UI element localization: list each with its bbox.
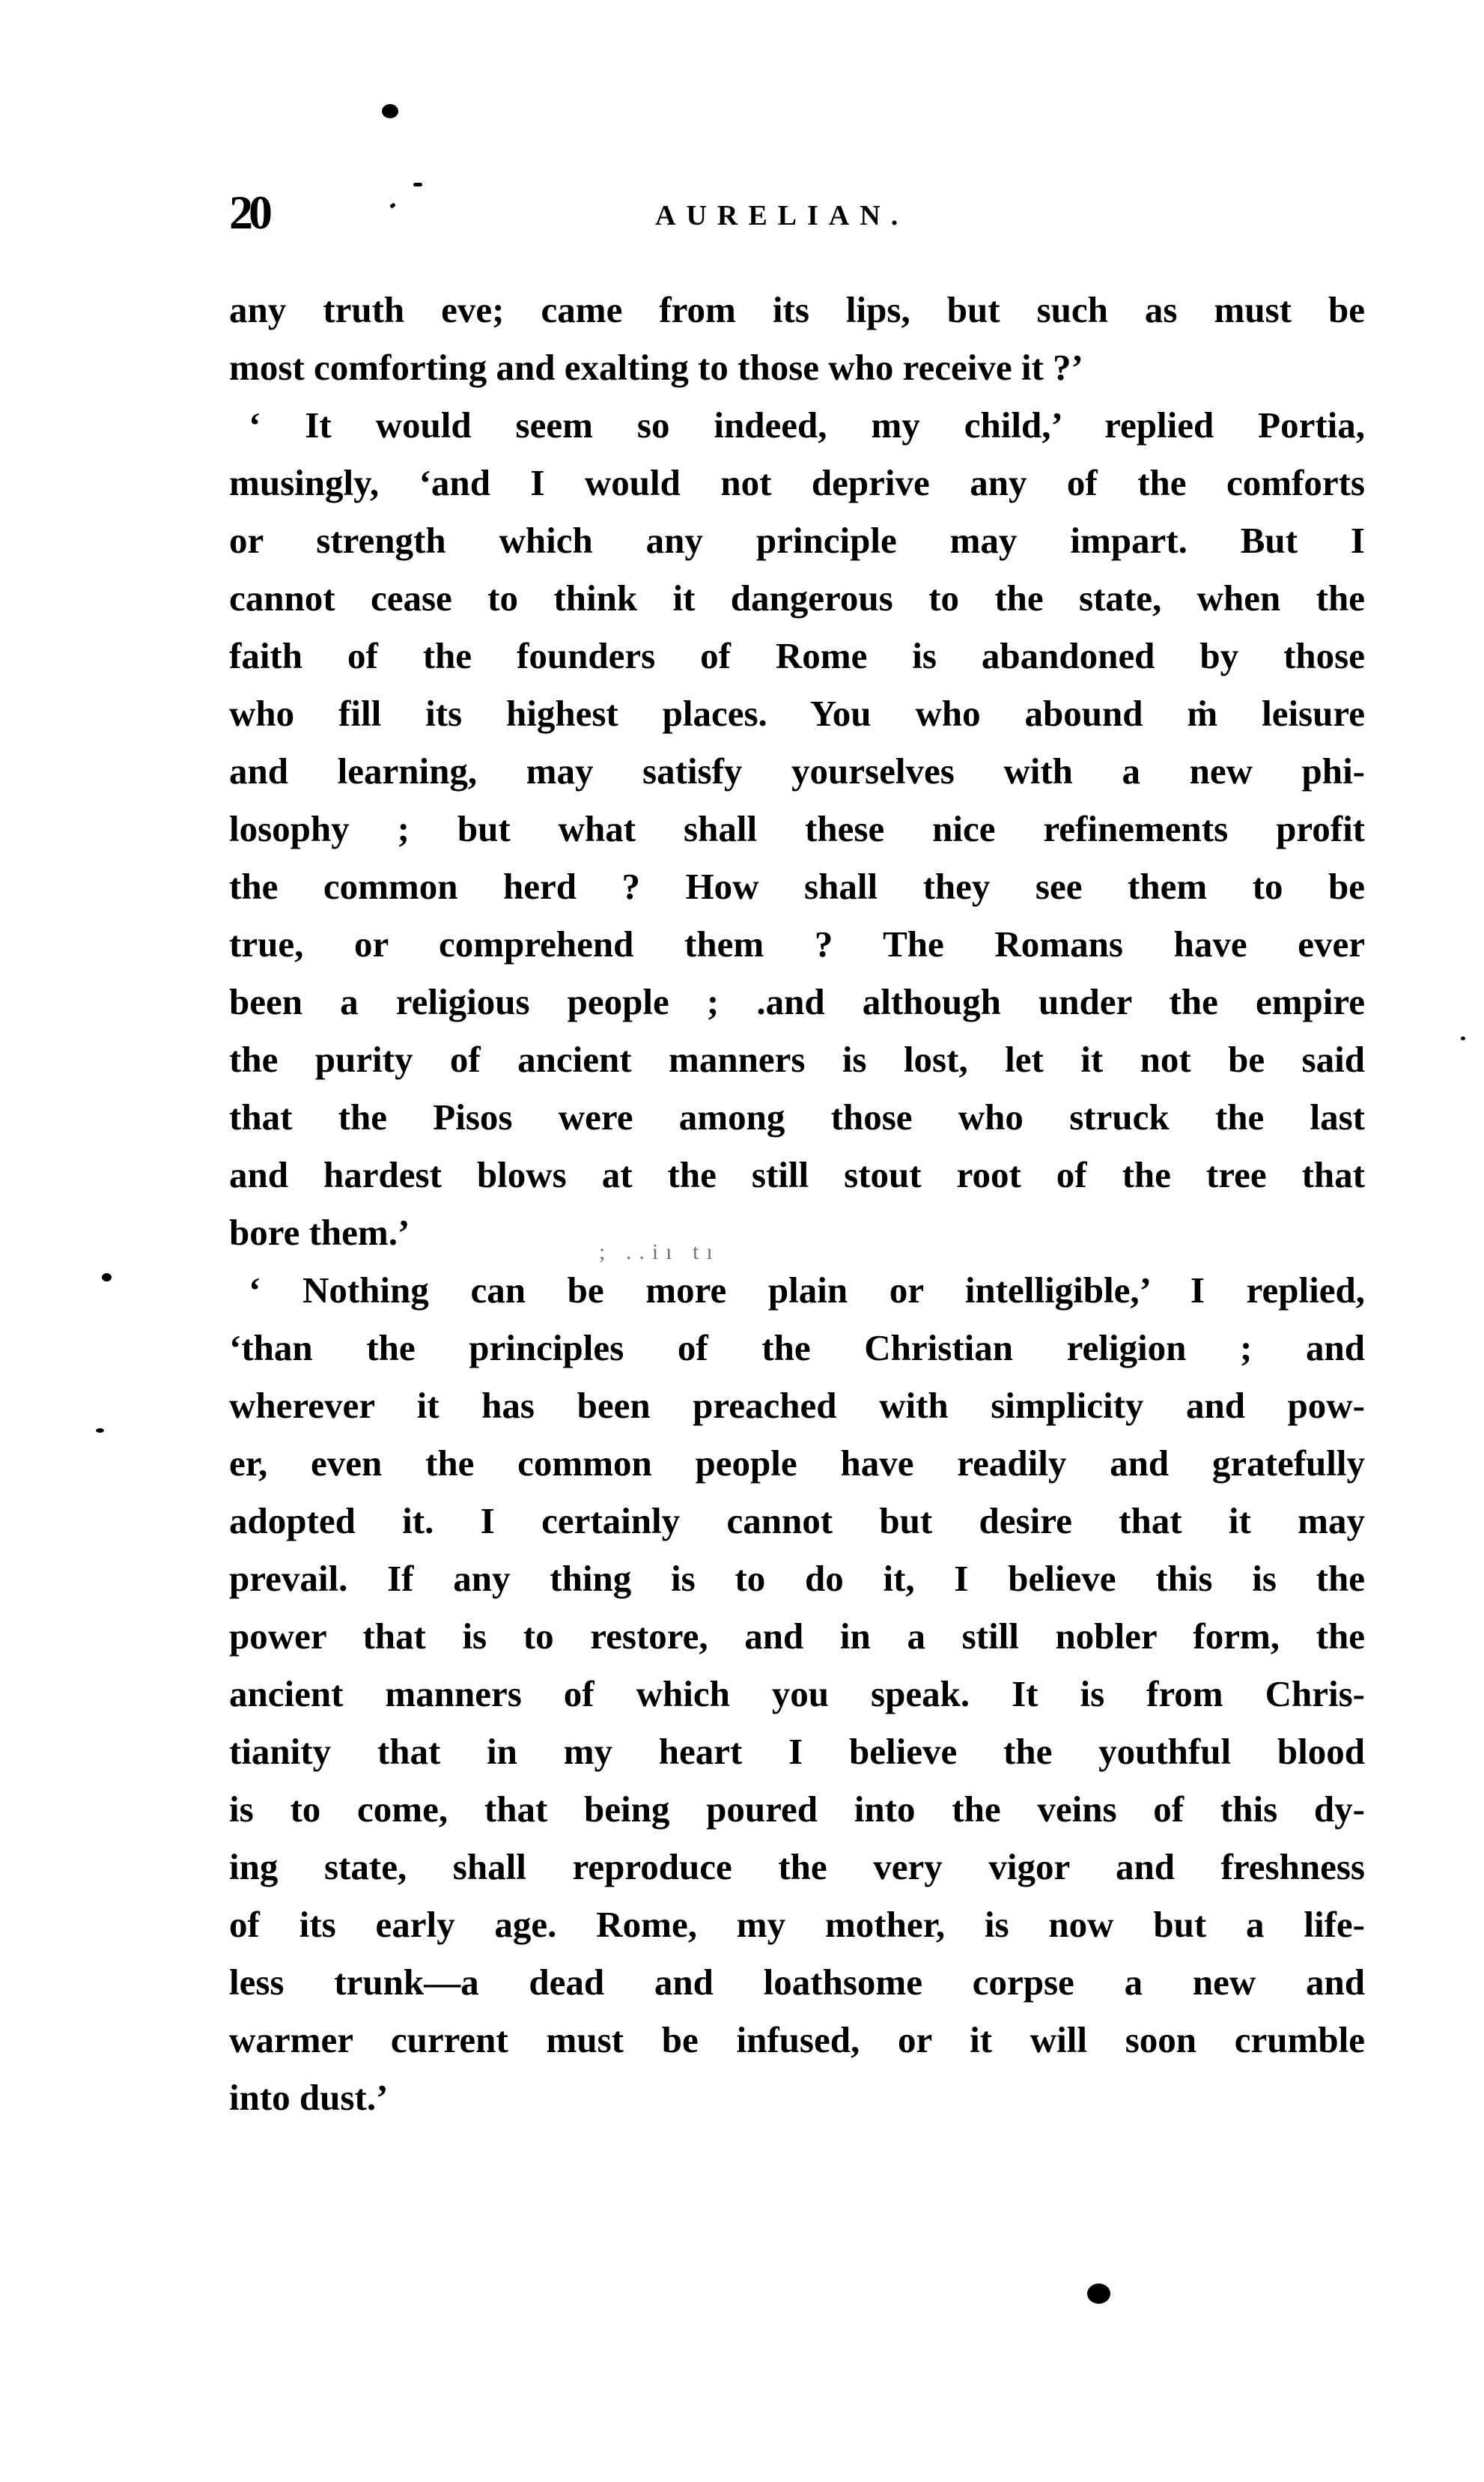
ink-speck-header-1 [413, 183, 422, 186]
text-line: and learning, may satisfy yourselves wit… [229, 742, 1365, 800]
text-line: tianity that in my heart I believe the y… [229, 1723, 1365, 1780]
ink-dot-bottom [1087, 2284, 1110, 2304]
page-number: 20 [229, 190, 268, 235]
text-line: adopted it. I certainly cannot but desir… [229, 1492, 1365, 1550]
text-line: of its early age. Rome, my mother, is no… [229, 1896, 1365, 1953]
text-line: or strength which any principle may impa… [229, 512, 1365, 569]
text-line: ‘ It would seem so indeed, my child,’ re… [229, 396, 1365, 454]
text-line: into dust.’ [229, 2069, 1365, 2126]
text-line: true, or comprehend them ? The Romans ha… [229, 915, 1365, 973]
faint-scan-marks: ; ..iı tı [599, 1240, 720, 1265]
text-line: losophy ; but what shall these nice refi… [229, 800, 1365, 858]
text-line: is to come, that being poured into the v… [229, 1780, 1365, 1838]
text-line: been a religious people ; .and although … [229, 973, 1365, 1031]
text-line: er, even the common people have readily … [229, 1434, 1365, 1492]
text-line: any truth eve; came from its lips, but s… [229, 281, 1365, 339]
text-line: bore them.’ [229, 1204, 1365, 1261]
margin-dot-left-2 [96, 1428, 104, 1433]
text-line: prevail. If any thing is to do it, I bel… [229, 1550, 1365, 1607]
ink-speck-top [382, 104, 398, 118]
text-line: faith of the founders of Rome is abandon… [229, 627, 1365, 685]
text-line: most comforting and exalting to those wh… [229, 339, 1365, 396]
body-text: any truth eve; came from its lips, but s… [229, 281, 1365, 2126]
text-line: ancient manners of which you speak. It i… [229, 1665, 1365, 1723]
text-line: that the Pisos were among those who stru… [229, 1088, 1365, 1146]
margin-dot-right [1461, 1037, 1465, 1040]
text-line: ing state, shall reproduce the very vigo… [229, 1838, 1365, 1896]
text-line: musingly, ‘and I would not deprive any o… [229, 454, 1365, 512]
text-line: ‘than the principles of the Christian re… [229, 1319, 1365, 1377]
margin-dot-left-1 [102, 1273, 112, 1281]
text-line: power that is to restore, and in a still… [229, 1607, 1365, 1665]
book-page: 20 AURELIAN. any truth eve; came from it… [0, 0, 1484, 2482]
running-title: AURELIAN. [655, 201, 908, 231]
text-line: wherever it has been preached with simpl… [229, 1377, 1365, 1434]
text-line: the common herd ? How shall they see the… [229, 858, 1365, 915]
running-head: 20 AURELIAN. [229, 190, 1365, 235]
text-line: cannot cease to think it dangerous to th… [229, 569, 1365, 627]
text-line: ‘ Nothing can be more plain or intelligi… [229, 1261, 1365, 1319]
text-line: warmer current must be infused, or it wi… [229, 2011, 1365, 2069]
text-line: and hardest blows at the still stout roo… [229, 1146, 1365, 1204]
text-line: the purity of ancient manners is lost, l… [229, 1031, 1365, 1088]
text-line: who fill its highest places. You who abo… [229, 685, 1365, 742]
text-line: less trunk—a dead and loathsome corpse a… [229, 1953, 1365, 2011]
